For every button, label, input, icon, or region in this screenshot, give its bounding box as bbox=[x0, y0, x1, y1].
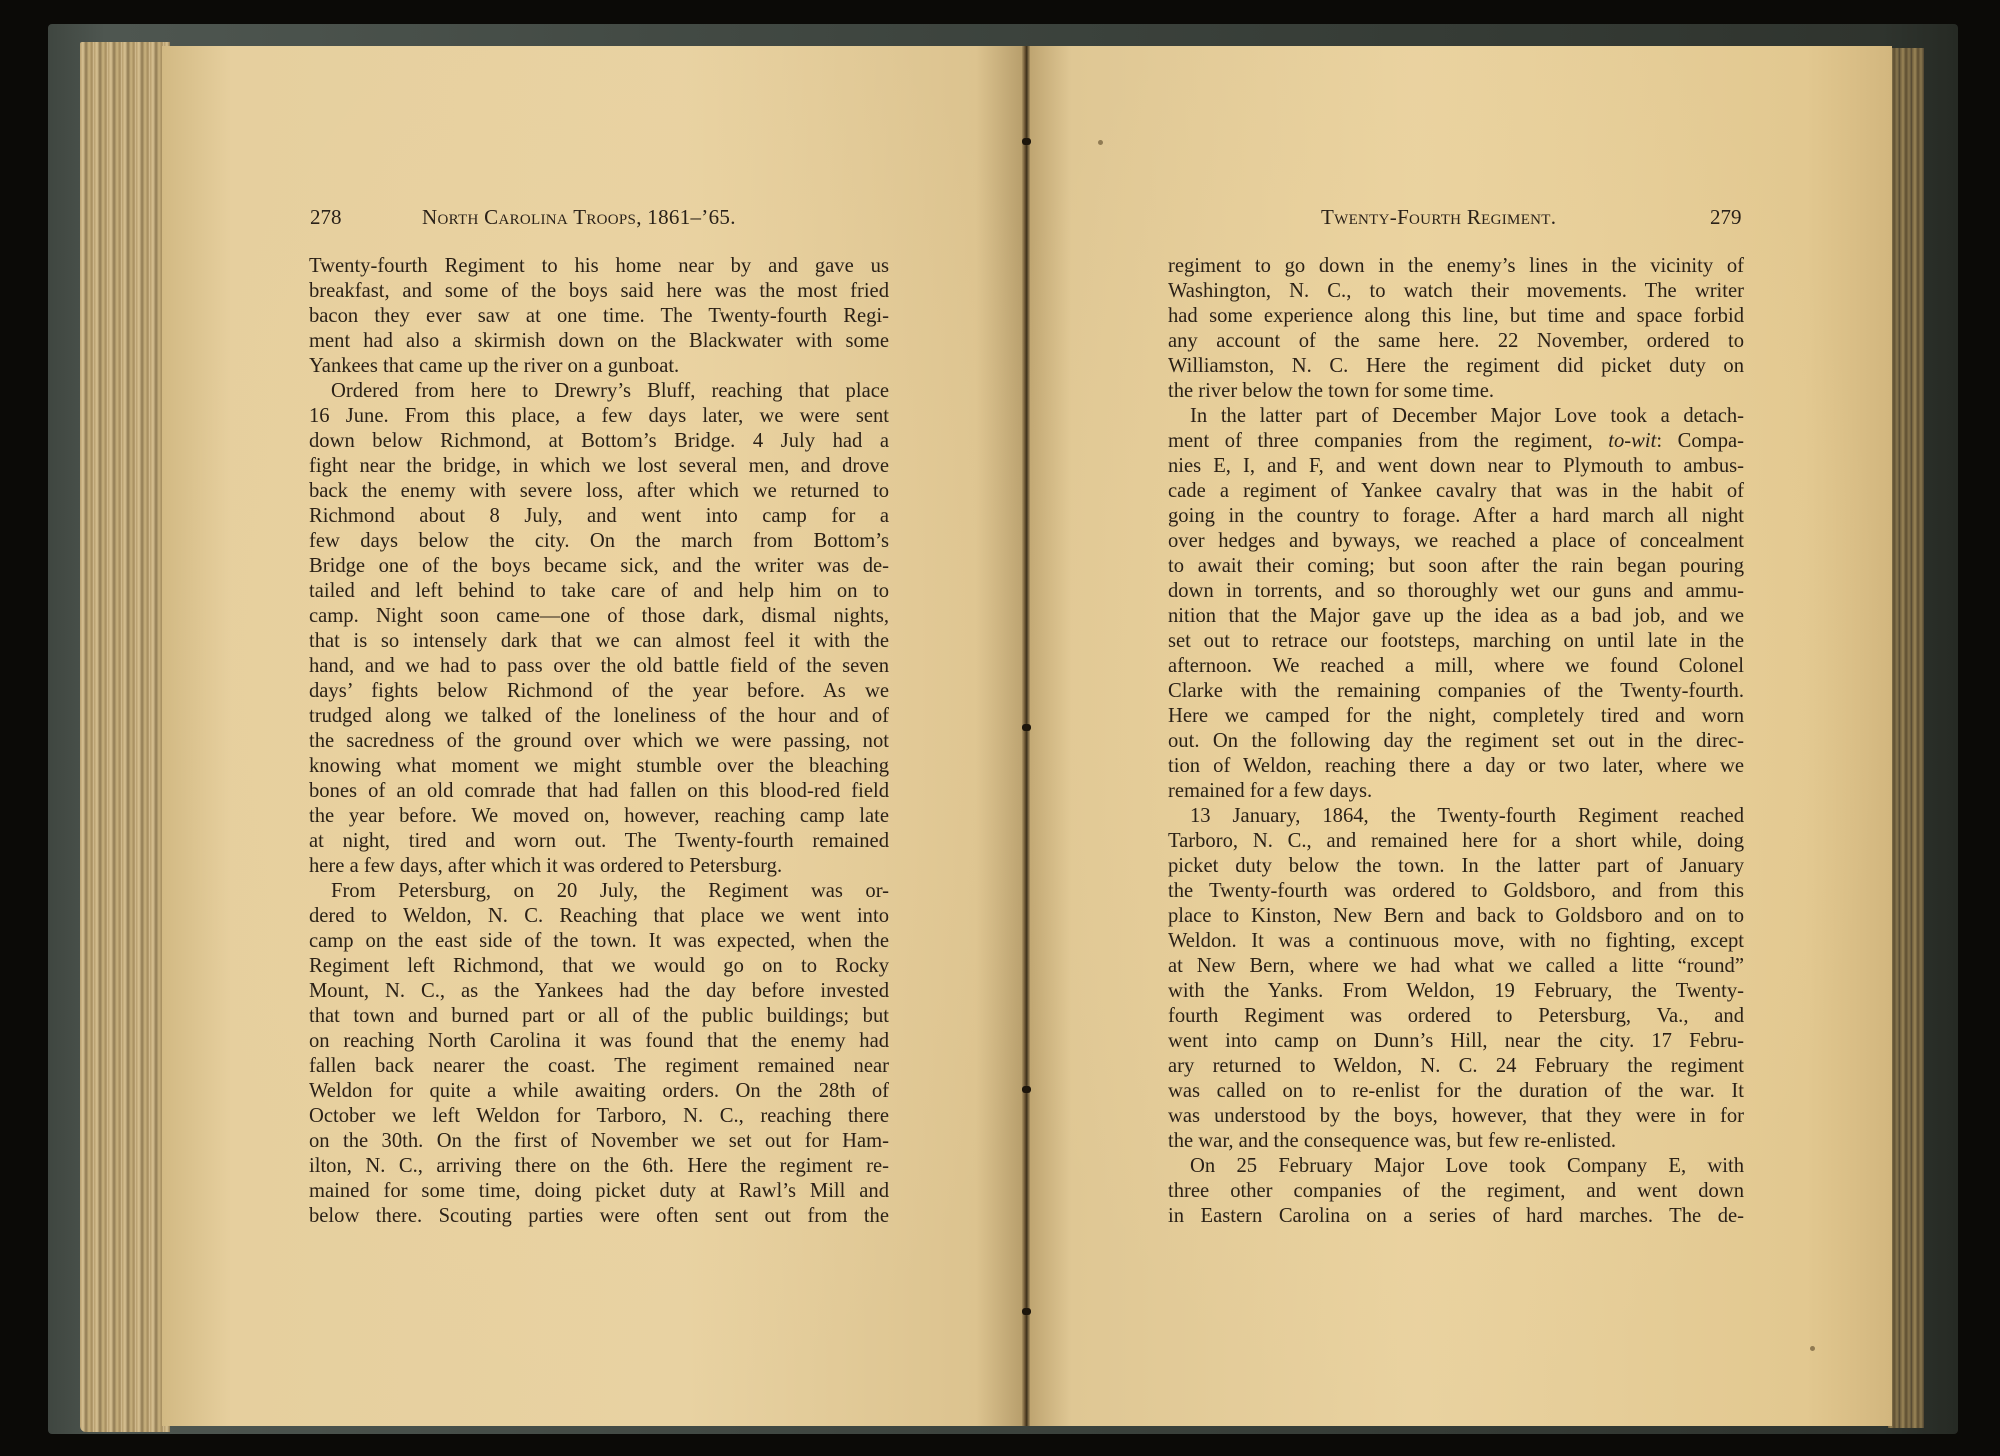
text-line: Richmond about 8 July, and went into cam… bbox=[309, 504, 889, 529]
text-line: nition that the Major gave up the idea a… bbox=[1168, 604, 1744, 629]
text-line: fight near the bridge, in which we lost … bbox=[309, 454, 889, 479]
text-line: Weldon for quite a while awaiting orders… bbox=[309, 1079, 889, 1104]
text-line: Ordered from here to Drewry’s Bluff, rea… bbox=[309, 379, 889, 404]
text-line: Bridge one of the boys became sick, and … bbox=[309, 554, 889, 579]
text-line: Weldon. It was a continuous move, with n… bbox=[1168, 929, 1744, 954]
text-line: nies E, I, and F, and went down near to … bbox=[1168, 454, 1744, 479]
text-line: set out to retrace our footsteps, marchi… bbox=[1168, 629, 1744, 654]
page-stack-right-edge bbox=[1888, 48, 1924, 1428]
text-line: below there. Scouting parties were often… bbox=[309, 1204, 889, 1229]
text-line: in Eastern Carolina on a series of hard … bbox=[1168, 1204, 1744, 1229]
text-line: Yankees that came up the river on a gunb… bbox=[309, 354, 889, 379]
text-line: the year before. We moved on, however, r… bbox=[309, 804, 889, 829]
text-line: afternoon. We reached a mill, where we f… bbox=[1168, 654, 1744, 679]
text-line: From Petersburg, on 20 July, the Regimen… bbox=[309, 879, 889, 904]
text-line: that town and burned part or all of the … bbox=[309, 1004, 889, 1029]
text-line: 16 June. From this place, a few days lat… bbox=[309, 404, 889, 429]
text-line: tion of Weldon, reaching there a day or … bbox=[1168, 754, 1744, 779]
text-line: down below Richmond, at Bottom’s Bridge.… bbox=[309, 429, 889, 454]
text-line: camp. Night soon came—one of those dark,… bbox=[309, 604, 889, 629]
text-line: at night, tired and worn out. The Twenty… bbox=[309, 829, 889, 854]
text-line: Washington, N. C., to watch their moveme… bbox=[1168, 279, 1744, 304]
text-line: days’ fights below Richmond of the year … bbox=[309, 679, 889, 704]
paper-foxing-spot bbox=[1098, 140, 1103, 145]
text-line: mained for some time, doing picket duty … bbox=[309, 1179, 889, 1204]
right-page-number: 279 bbox=[1710, 205, 1742, 230]
text-line: camp on the east side of the town. It wa… bbox=[309, 929, 889, 954]
binding-thread-mark bbox=[1022, 138, 1031, 145]
text-line: trudged along we talked of the lonelines… bbox=[309, 704, 889, 729]
text-line: went into camp on Dunn’s Hill, near the … bbox=[1168, 1029, 1744, 1054]
text-line: the river below the town for some time. bbox=[1168, 379, 1744, 404]
text-line: on reaching North Carolina it was found … bbox=[309, 1029, 889, 1054]
text-line: knowing what moment we might stumble ove… bbox=[309, 754, 889, 779]
text-line: cade a regiment of Yankee cavalry that w… bbox=[1168, 479, 1744, 504]
right-running-head: Twenty-Fourth Regiment. bbox=[1321, 205, 1556, 230]
binding-thread-mark bbox=[1022, 1308, 1031, 1315]
text-line: to await their coming; but soon after th… bbox=[1168, 554, 1744, 579]
left-page-body-text: Twenty-fourth Regiment to his home near … bbox=[309, 254, 889, 1229]
text-line: Here we camped for the night, completely… bbox=[1168, 704, 1744, 729]
text-line: Mount, N. C., as the Yankees had the day… bbox=[309, 979, 889, 1004]
text-line: remained for a few days. bbox=[1168, 779, 1744, 804]
text-line: few days below the city. On the march fr… bbox=[309, 529, 889, 554]
text-line: picket duty below the town. In the latte… bbox=[1168, 854, 1744, 879]
text-line: Williamston, N. C. Here the regiment did… bbox=[1168, 354, 1744, 379]
text-line: back the enemy with severe loss, after w… bbox=[309, 479, 889, 504]
binding-thread-mark bbox=[1022, 1086, 1031, 1093]
text-line: the sacredness of the ground over which … bbox=[309, 729, 889, 754]
text-line: place to Kinston, New Bern and back to G… bbox=[1168, 904, 1744, 929]
italic-phrase: to-wit bbox=[1608, 430, 1656, 452]
text-line: Tarboro, N. C., and remained here for a … bbox=[1168, 829, 1744, 854]
text-line: breakfast, and some of the boys said her… bbox=[309, 279, 889, 304]
left-page-number: 278 bbox=[310, 205, 342, 230]
text-line: ment of three companies from the regimen… bbox=[1168, 429, 1744, 454]
text-line: October we left Weldon for Tarboro, N. C… bbox=[309, 1104, 889, 1129]
text-line: bones of an old comrade that had fallen … bbox=[309, 779, 889, 804]
text-line: ment had also a skirmish down on the Bla… bbox=[309, 329, 889, 354]
book-gutter bbox=[1022, 46, 1030, 1426]
text-line: 13 January, 1864, the Twenty-fourth Regi… bbox=[1168, 804, 1744, 829]
text-line: had some experience along this line, but… bbox=[1168, 304, 1744, 329]
page-stack-left-edge bbox=[80, 42, 170, 1432]
text-line: was called on to re-enlist for the durat… bbox=[1168, 1079, 1744, 1104]
text-line: fourth Regiment was ordered to Petersbur… bbox=[1168, 1004, 1744, 1029]
text-line: out. On the following day the regiment s… bbox=[1168, 729, 1744, 754]
text-line: Twenty-fourth Regiment to his home near … bbox=[309, 254, 889, 279]
text-line: dered to Weldon, N. C. Reaching that pla… bbox=[309, 904, 889, 929]
text-line: any account of the same here. 22 Novembe… bbox=[1168, 329, 1744, 354]
text-line: hand, and we had to pass over the old ba… bbox=[309, 654, 889, 679]
text-line: here a few days, after which it was orde… bbox=[309, 854, 889, 879]
text-line: tailed and left behind to take care of a… bbox=[309, 579, 889, 604]
text-line: the war, and the consequence was, but fe… bbox=[1168, 1129, 1744, 1154]
text-line: with the Yanks. From Weldon, 19 February… bbox=[1168, 979, 1744, 1004]
text-line: over hedges and byways, we reached a pla… bbox=[1168, 529, 1744, 554]
text-line: ary returned to Weldon, N. C. 24 Februar… bbox=[1168, 1054, 1744, 1079]
text-line: on the 30th. On the first of November we… bbox=[309, 1129, 889, 1154]
text-line: at New Bern, where we had what we called… bbox=[1168, 954, 1744, 979]
paper-foxing-spot bbox=[1810, 1346, 1815, 1351]
text-line: fallen back nearer the coast. The regime… bbox=[309, 1054, 889, 1079]
text-line: was understood by the boys, however, tha… bbox=[1168, 1104, 1744, 1129]
text-line: three other companies of the regiment, a… bbox=[1168, 1179, 1744, 1204]
text-line: Regiment left Richmond, that we would go… bbox=[309, 954, 889, 979]
left-running-head: North Carolina Troops, 1861–’65. bbox=[422, 205, 736, 230]
text-line: going in the country to forage. After a … bbox=[1168, 504, 1744, 529]
text-line: Clarke with the remaining companies of t… bbox=[1168, 679, 1744, 704]
text-line: regiment to go down in the enemy’s lines… bbox=[1168, 254, 1744, 279]
text-line: In the latter part of December Major Lov… bbox=[1168, 404, 1744, 429]
text-line: On 25 February Major Love took Company E… bbox=[1168, 1154, 1744, 1179]
text-line: bacon they ever saw at one time. The Twe… bbox=[309, 304, 889, 329]
text-line: down in torrents, and so thoroughly wet … bbox=[1168, 579, 1744, 604]
binding-thread-mark bbox=[1022, 724, 1031, 731]
text-line: ilton, N. C., arriving there on the 6th.… bbox=[309, 1154, 889, 1179]
right-page-body-text: regiment to go down in the enemy’s lines… bbox=[1168, 254, 1744, 1229]
text-line: the Twenty-fourth was ordered to Goldsbo… bbox=[1168, 879, 1744, 904]
text-line: that is so intensely dark that we can al… bbox=[309, 629, 889, 654]
